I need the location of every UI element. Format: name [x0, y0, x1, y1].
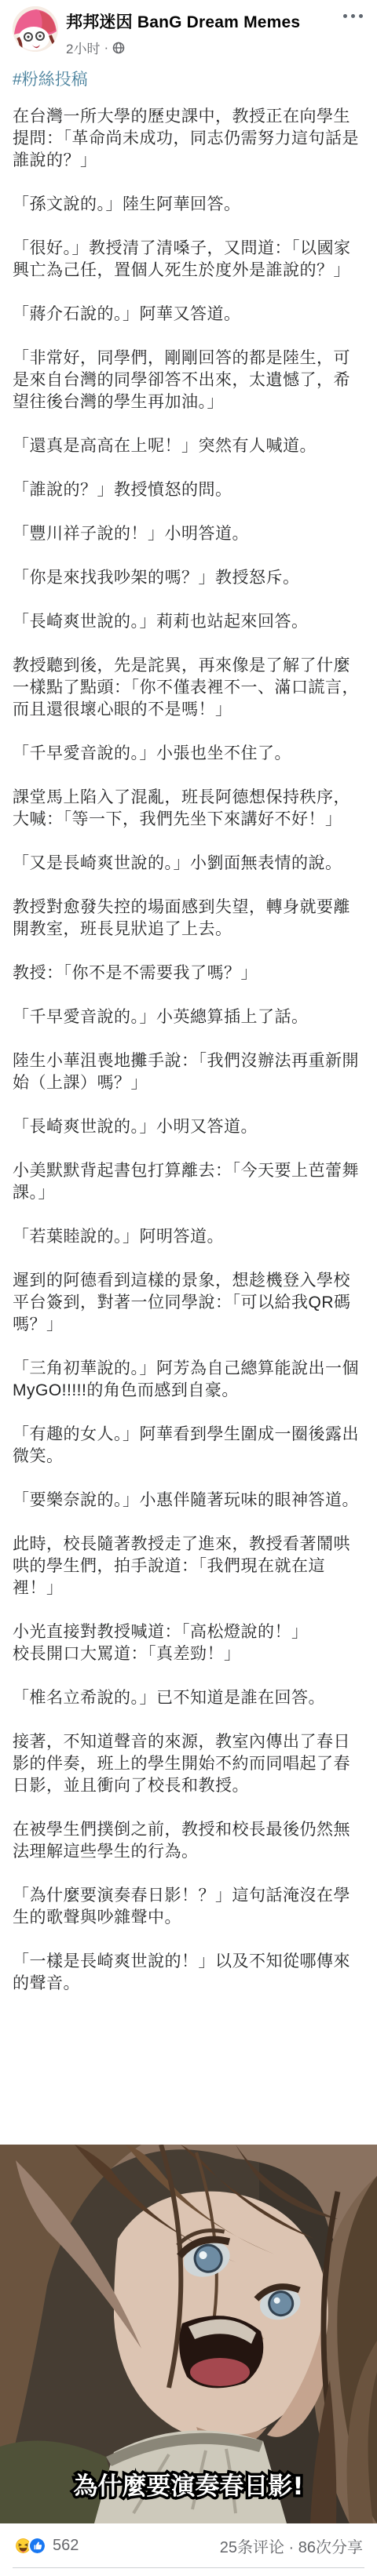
post-paragraph: 「誰說的？」教授憤怒的問。 [13, 479, 364, 501]
post-body: #粉絲投稿 在台灣一所大學的歷史課中，教授正在向學生提問：「革命尚未成功，同志仍… [0, 57, 377, 2145]
post-paragraph: 「非常好，同學們，剛剛回答的都是陸生，可是來自台灣的同學卻答不出來，太遺憾了，希… [13, 347, 364, 413]
reaction-summary[interactable]: 562 [14, 2537, 79, 2555]
post-paragraph: 「長崎爽世說的。」小明又答道。 [13, 1116, 364, 1138]
post-paragraph: 「很好。」教授清了清嗓子，又問道：「以國家興亡為己任，置個人死生於度外是誰說的？… [13, 238, 364, 282]
comments-shares[interactable]: 25条评论 · 86次分享 [220, 2534, 363, 2557]
post-paragraph: 教授聽到後，先是詫異，再來像是了解了什麼一樣點了點頭：「你不僅表裡不一、滿口謊言… [13, 655, 364, 721]
post-paragraph: 「又是長崎爽世說的。」小劉面無表情的說。 [13, 853, 364, 875]
post-meta: 2小时 · [66, 38, 340, 57]
avatar-image [13, 6, 58, 52]
post-paragraph: 教授對愈發失控的場面感到失望，轉身就要離開教室，班長見狀追了上去。 [13, 897, 364, 941]
like-reaction-icon [28, 2537, 46, 2555]
avatar[interactable] [13, 6, 58, 52]
globe-icon [112, 42, 125, 54]
post-paragraph: 「豐川祥子說的！」小明答道。 [13, 523, 364, 545]
post-paragraph: 小光直接對教授喊道：「高松燈說的！」 校長開口大罵道：「真差勁！」 [13, 1621, 364, 1665]
header-text: 邦邦迷因 BanG Dream Memes 2小时 · [66, 6, 340, 57]
post-paragraph: 「若葉睦說的。」阿明答道。 [13, 1226, 364, 1248]
post-paragraph: 在台灣一所大學的歷史課中，教授正在向學生提問：「革命尚未成功，同志仍需努力這句話… [13, 106, 364, 172]
post-paragraph: 「三角初華說的。」阿芳為自己總算能說出一個MyGO!!!!!的角色而感到自豪。 [13, 1358, 364, 1402]
page-name[interactable]: 邦邦迷因 BanG Dream Memes [66, 9, 340, 33]
post-paragraph: 課堂馬上陷入了混亂，班長阿德想保持秩序，大喊：「等一下，我們先坐下來講好不好！」 [13, 787, 364, 831]
post-paragraph: 「蔣介石說的。」阿華又答道。 [13, 304, 364, 326]
more-options-icon[interactable] [340, 6, 366, 26]
post-paragraph: 「有趣的女人。」阿華看到學生圍成一圈後露出微笑。 [13, 1424, 364, 1468]
post-paragraph: 「千早愛音說的。」小英總算插上了話。 [13, 1006, 364, 1028]
reaction-count: 562 [53, 2537, 79, 2555]
post-header: 邦邦迷因 BanG Dream Memes 2小时 · [0, 0, 377, 57]
post-paragraph: 「椎名立希說的。」已不知道是誰在回答。 [13, 1687, 364, 1709]
post-paragraph: 「為什麼要演奏春日影！？」這句話淹沒在學生的歌聲與吵雜聲中。 [13, 1885, 364, 1929]
post-paragraph: 「你是來找我吵架的嗎？」教授怒斥。 [13, 567, 364, 589]
post-paragraph: 「長崎爽世說的。」莉莉也站起來回答。 [13, 611, 364, 633]
meta-separator: · [104, 40, 108, 56]
timestamp[interactable]: 2小时 [66, 38, 100, 57]
post-paragraph: 小美默默背起書包打算離去：「今天要上芭蕾舞課。」 [13, 1160, 364, 1204]
meme-caption: 為什麼要演奏春日影! [73, 2472, 303, 2501]
post-footer: 562 25条评论 · 86次分享 [0, 2523, 377, 2567]
divider [13, 2567, 364, 2568]
meme-image: 為什麼要演奏春日影! [0, 2145, 377, 2523]
post-paragraph: 此時，校長隨著教授走了進來，教授看著鬧哄哄的學生們，拍手說道：「我們現在就在這裡… [13, 1534, 364, 1599]
post-image[interactable]: 為什麼要演奏春日影! [0, 2145, 377, 2523]
post-paragraph: 「要樂奈說的。」小惠伴隨著玩味的眼神答道。 [13, 1490, 364, 1512]
facebook-post: 邦邦迷因 BanG Dream Memes 2小时 · #粉絲投稿 在台灣一所大… [0, 0, 377, 2576]
post-paragraph: 「一樣是長崎爽世說的！」以及不知從哪傳來的聲音。 [13, 1951, 364, 1995]
post-paragraph: 遲到的阿德看到這樣的景象，想趁機登入學校平台簽到，對著一位同學說：「可以給我QR… [13, 1270, 364, 1336]
post-paragraph: 陸生小華沮喪地攤手說：「我們沒辦法再重新開始（上課）嗎？」 [13, 1050, 364, 1094]
post-paragraph: 接著，不知道聲音的來源，教室內傳出了春日影的伴奏，班上的學生開始不約而同唱起了春… [13, 1731, 364, 1797]
post-text: 在台灣一所大學的歷史課中，教授正在向學生提問：「革命尚未成功，同志仍需努力這句話… [13, 106, 364, 1995]
hashtag-link[interactable]: #粉絲投稿 [13, 67, 88, 90]
post-paragraph: 「還真是高高在上呢！」突然有人喊道。 [13, 435, 364, 457]
post-paragraph: 在被學生們撲倒之前，教授和校長最後仍然無法理解這些學生的行為。 [13, 1819, 364, 1863]
post-paragraph: 教授：「你不是不需要我了嗎？」 [13, 962, 364, 984]
post-paragraph: 「孫文說的。」陸生阿華回答。 [13, 194, 364, 216]
post-paragraph: 「千早愛音說的。」小張也坐不住了。 [13, 743, 364, 765]
